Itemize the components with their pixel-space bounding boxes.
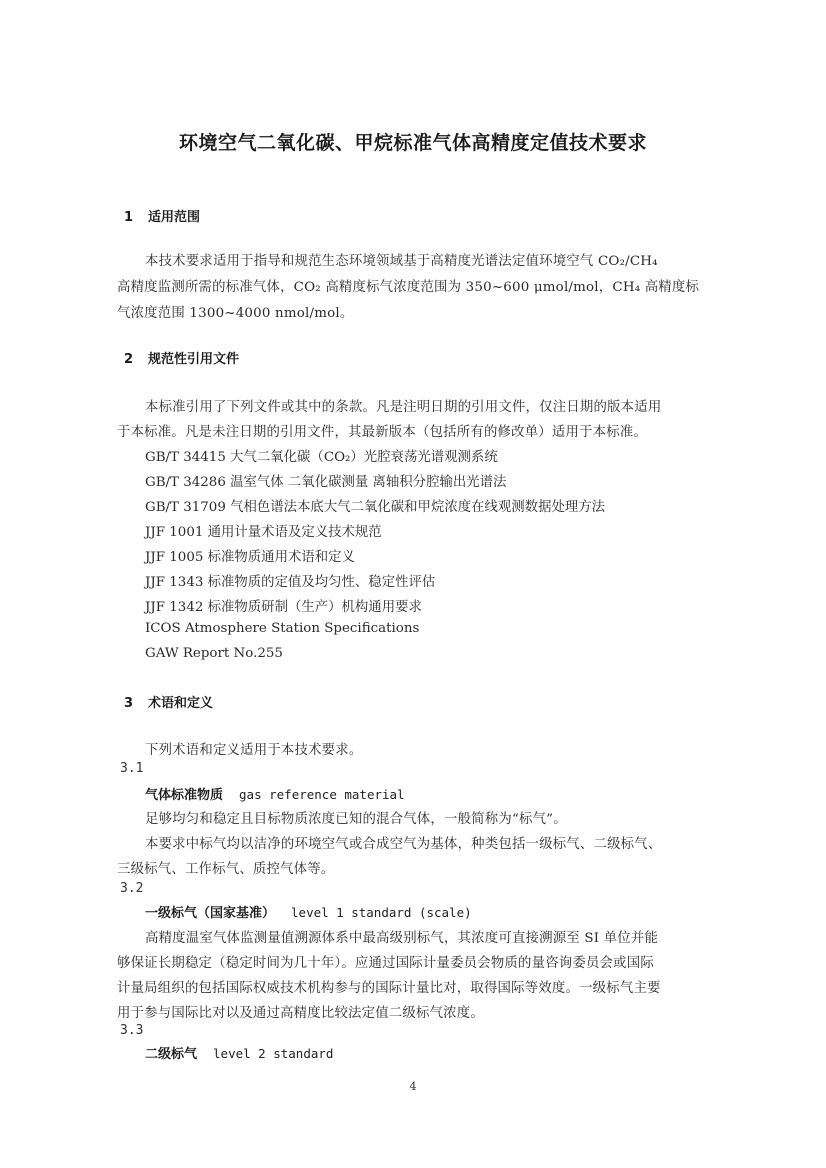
reference-item: JJF 1342 标准物质研制（生产）机构通用要求 [145,596,422,615]
reference-item: GB/T 34415 大气二氧化碳（CO₂）光腔衰荡光谱观测系统 [145,446,498,465]
term-heading: 气体标准物质gas reference material [145,784,405,803]
section-number: 3 [124,696,148,711]
section-number: 1 [124,210,148,225]
paragraph-line: 气浓度范围 1300~4000 nmol/mol。 [117,302,353,321]
term-chinese: 一级标气（国家基准） [145,906,275,921]
document-title: 环境空气二氧化碳、甲烷标准气体高精度定值技术要求 [0,128,826,155]
term-heading: 一级标气（国家基准）level 1 standard (scale) [145,902,472,921]
term-number: 3.1 [120,761,143,776]
paragraph-line: 于本标准。凡是未注日期的引用文件，其最新版本（包括所有的修改单）适用于本标准。 [117,421,647,440]
page-number: 4 [0,1080,826,1093]
term-english: level 1 standard (scale) [291,905,472,920]
term-number: 3.2 [120,881,143,896]
paragraph-line: 计量局组织的包括国际权威技术机构参与的国际计量比对，取得国际等效度。一级标气主要 [117,977,661,996]
paragraph-line: 用于参与国际比对以及通过高精度比较法定值二级标气浓度。 [117,1002,484,1021]
reference-item: GB/T 34286 温室气体 二氧化碳测量 离轴积分腔输出光谱法 [145,471,506,490]
section-title: 术语和定义 [148,696,213,711]
document-page: 环境空气二氧化碳、甲烷标准气体高精度定值技术要求 1适用范围 本技术要求适用于指… [0,0,826,1168]
term-number: 3.3 [120,1023,143,1038]
section-1-heading: 1适用范围 [124,206,200,225]
section-2-heading: 2规范性引用文件 [124,348,239,367]
paragraph-line: 高精度温室气体监测量值溯源体系中最高级别标气，其浓度可直接溯源至 SI 单位并能 [145,927,658,946]
term-chinese: 二级标气 [145,1047,197,1062]
paragraph-line: 够保证长期稳定（稳定时间为几十年）。应通过国际计量委员会物质的量咨询委员会或国际 [117,952,654,971]
reference-item: JJF 1005 标准物质通用术语和定义 [145,546,355,565]
paragraph-line: 高精度监测所需的标准气体，CO₂ 高精度标气浓度范围为 350~600 μmol… [117,276,699,295]
term-chinese: 气体标准物质 [145,788,223,803]
term-heading: 二级标气level 2 standard [145,1043,333,1062]
reference-item: GAW Report No.255 [145,646,283,661]
term-english: level 2 standard [213,1046,333,1061]
paragraph-line: 本标准引用了下列文件或其中的条款。凡是注明日期的引用文件，仅注日期的版本适用 [145,396,661,415]
reference-item: ICOS Atmosphere Station Specifications [145,621,419,636]
section-title: 规范性引用文件 [148,352,239,367]
reference-item: JJF 1343 标准物质的定值及均匀性、稳定性评估 [145,571,435,590]
paragraph-line: 足够均匀和稳定且目标物质浓度已知的混合气体，一般简称为“标气”。 [145,808,567,827]
section-number: 2 [124,352,148,367]
section-title: 适用范围 [148,210,200,225]
paragraph-line: 三级标气、工作标气、质控气体等。 [117,858,334,877]
reference-item: GB/T 31709 气相色谱法本底大气二氧化碳和甲烷浓度在线观测数据处理方法 [145,496,605,515]
section-3-heading: 3术语和定义 [124,692,213,711]
paragraph-line: 下列术语和定义适用于本技术要求。 [145,739,362,758]
reference-item: JJF 1001 通用计量术语及定义技术规范 [145,521,382,540]
paragraph-line: 本技术要求适用于指导和规范生态环境领域基于高精度光谱法定值环境空气 CO₂/CH… [145,250,658,269]
paragraph-line: 本要求中标气均以洁净的环境空气或合成空气为基体，种类包括一级标气、二级标气、 [145,833,661,852]
term-english: gas reference material [239,787,405,802]
